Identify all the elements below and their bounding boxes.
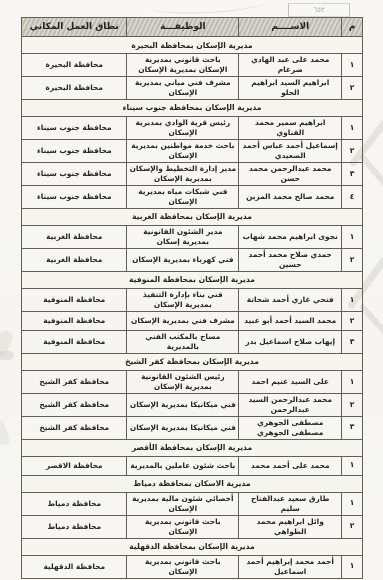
section-row: مديرية الاسكان بمحافظة دمياط (22, 475, 363, 492)
section-title: مديرية الإسكان بمحافظة جنوب سيناء (22, 99, 363, 116)
scope-cell: محافظة دمياط (22, 492, 127, 515)
table-row: ٢ وائل ابراهيم محمد الطواهي باحث قانوني … (22, 515, 363, 538)
name-cell: وائل ابراهيم محمد الطواهي (239, 515, 342, 538)
scope-cell: محافظة جنوب سيناء (22, 162, 127, 185)
name-cell: إيهاب صلاح اسماعيل بدر (239, 330, 342, 353)
serial-cell: ١ (342, 456, 363, 475)
section-title: مديرية الاسكان بمحافظة دمياط (22, 475, 363, 492)
scope-cell: محافظة جنوب سيناء (22, 185, 127, 208)
serial-cell: ١ (342, 116, 363, 139)
table-row: ٢ إسماعيل أحمد عباس أحمد الصعيدي باحث خد… (22, 139, 363, 162)
name-cell: نجوى ابراهيم محمد شهاب (239, 225, 342, 248)
serial-cell: ٣ (342, 330, 363, 353)
serial-cell: ١ (342, 555, 363, 578)
job-cell: مدير الشئون القانونية بمديرية إسكان (127, 225, 239, 248)
name-cell: ابراهيم السيد ابراهيم الحلو (239, 76, 342, 99)
name-cell: محمد على عبد الهادي ضرغام (239, 54, 342, 77)
scope-cell: محافظة الغربية (22, 225, 127, 248)
table-row: ٢ محمد عبدالرحمن السيد عبدالرحمن فني ميك… (22, 393, 363, 416)
scope-cell: محافظة المنوفية (22, 330, 127, 353)
job-cell: رئيس الشئون القانونية بمديرية الإسكان (127, 370, 239, 393)
serial-cell: ٢ (342, 139, 363, 162)
page-number-stamp: ٦٥٣ (288, 3, 350, 17)
scan-artifact-streak (0, 351, 14, 360)
serial-cell: ٣ (342, 162, 363, 185)
serial-cell: ٢ (342, 248, 363, 271)
scope-cell: محافظة الاقصر (22, 456, 127, 475)
section-row: مديرية الإسكان بمحافظة الدقهلية (22, 538, 363, 555)
header-serial: م (342, 18, 363, 37)
job-cell: مدير إدارة التخطيط والإسكان بمديرية الإس… (127, 162, 239, 185)
scan-artifact-streak (0, 419, 11, 447)
section-title: مديرية الإسكان بمحافظة كفر الشيخ (22, 353, 363, 370)
table-body: مديرية الإسكان بمحافظة البحيرة ١ محمد عل… (22, 37, 363, 579)
job-cell: باحث شئون عاملين بالمديرية (127, 456, 239, 475)
serial-cell: ٣ (342, 416, 363, 439)
name-cell: مصطفى الجوهري مصطفى الجوهري (239, 416, 342, 439)
table-row: ٢ محمد السيد أحمد أبو عبيد مشرف فني بمدي… (22, 311, 363, 330)
job-cell: باحث قانوني بمديرية الإسكان بمديرية الإس… (127, 54, 239, 77)
serial-cell: ٢ (342, 311, 363, 330)
name-cell: محمد السيد أحمد أبو عبيد (239, 311, 342, 330)
name-cell: حمدي صلاح محمد أحمد حسين (239, 248, 342, 271)
section-row: مديرية الإسكان بمحافظة الغربية (22, 208, 363, 225)
name-cell: محمد على أحمد محمد (239, 456, 342, 475)
job-cell: فني شبكات مياه بمديرية الإسكان (127, 185, 239, 208)
section-title: مديرية الإسكان بمحافظة المنوفية (22, 271, 363, 288)
name-cell: إسماعيل أحمد عباس أحمد الصعيدي (239, 139, 342, 162)
section-title: مديرية الإسكان بمحافظة الغربية (22, 208, 363, 225)
scope-cell: محافظة كفر الشيخ (22, 416, 127, 439)
job-cell: باحث قانوني بمديرية الإسكان (127, 555, 239, 578)
header-job: الوظيفـــة (127, 18, 239, 37)
scope-cell: محافظة جنوب سيناء (22, 116, 127, 139)
serial-cell: ١ (342, 225, 363, 248)
section-row: مديرية الإسكان بمحافظة جنوب سيناء (22, 99, 363, 116)
scan-artifact-curve (148, 0, 269, 16)
serial-cell: ١ (342, 370, 363, 393)
table-row: ١ نجوى ابراهيم محمد شهاب مدير الشئون الق… (22, 225, 363, 248)
scope-cell: محافظة كفر الشيخ (22, 370, 127, 393)
job-cell: رئيس قرية الوادي بمديرية الإسكان (127, 116, 239, 139)
table-row: ١ طارق سعيد عبدالفتاح سليم أخصائي شئون م… (22, 492, 363, 515)
table-row: ٢ ابراهيم السيد ابراهيم الحلو مشرف فني م… (22, 76, 363, 99)
section-title: مديرية الإسكان بمحافظة الأقصر (22, 439, 363, 456)
section-row: مديرية الإسكان بمحافظة المنوفية (22, 271, 363, 288)
serial-cell: ٤ (342, 185, 363, 208)
section-title: مديرية الإسكان بمحافظة البحيرة (22, 37, 363, 54)
job-cell: باحث خدمة مواطنين بمديرية الإسكان (127, 139, 239, 162)
job-cell: فني ميكانيكا بمديرية الإسكان (127, 393, 239, 416)
job-cell: باحث قانوني بمديرية الإسكان (127, 515, 239, 538)
table-row: ٣ محمد عبدالرحمن محمد حسن مدير إدارة الت… (22, 162, 363, 185)
name-cell: محمد عبدالرحمن محمد حسن (239, 162, 342, 185)
table-row: ١ أحمد محمد إبراهيم أحمد اسماعيل باحث قا… (22, 555, 363, 578)
job-cell: أخصائي شئون مالية بمديرية الإسكان (127, 492, 239, 515)
serial-cell: ١ (342, 288, 363, 311)
name-cell: فتحي غازي أحمد شحاتة (239, 288, 342, 311)
scope-cell: محافظة البحيرة (22, 54, 127, 77)
table-row: ٣ مصطفى الجوهري مصطفى الجوهري فني ميكاني… (22, 416, 363, 439)
header-work-scope: نطاق العمل المكاني (22, 18, 127, 37)
scanned-document-page: ٦٥٣ م الاســــم الوظيفـــة نطاق العمل ال… (0, 0, 383, 580)
serial-cell: ٢ (342, 515, 363, 538)
job-cell: فني كهرباء بمديرية الإسكان (127, 248, 239, 271)
job-cell: مساح بالمكتب الفني بالمديرية (127, 330, 239, 353)
header-name: الاســــم (239, 18, 342, 37)
job-cell: فني ميكانيكا بمديرية الإسكان (127, 416, 239, 439)
scope-cell: محافظة جنوب سيناء (22, 139, 127, 162)
name-cell: ابراهيم سمير محمد القناوي (239, 116, 342, 139)
scope-cell: محافظة المنوفية (22, 311, 127, 330)
scope-cell: محافظة المنوفية (22, 288, 127, 311)
table-row: ١ ابراهيم سمير محمد القناوي رئيس قرية ال… (22, 116, 363, 139)
table-header: م الاســــم الوظيفـــة نطاق العمل المكان… (22, 18, 363, 37)
scope-cell: محافظة دمياط (22, 515, 127, 538)
staff-assignments-table: م الاســــم الوظيفـــة نطاق العمل المكان… (21, 17, 363, 579)
name-cell: محمد صالح محمد المزين (239, 185, 342, 208)
header-row: م الاســــم الوظيفـــة نطاق العمل المكان… (22, 18, 363, 37)
table-row: ١ محمد على أحمد محمد باحث شئون عاملين با… (22, 456, 363, 475)
section-row: مديرية الإسكان بمحافظة البحيرة (22, 37, 363, 54)
table-row: ٢ حمدي صلاح محمد أحمد حسين فني كهرباء بم… (22, 248, 363, 271)
table-row: ٣ إيهاب صلاح اسماعيل بدر مساح بالمكتب ال… (22, 330, 363, 353)
serial-cell: ١ (342, 492, 363, 515)
table-row: ١ فتحي غازي أحمد شحاتة فني بناء بإدارة ا… (22, 288, 363, 311)
table-row: ٤ محمد صالح محمد المزين فني شبكات مياه ب… (22, 185, 363, 208)
job-cell: فني بناء بإدارة التنفيذ بمديرية الإسكان (127, 288, 239, 311)
scope-cell: محافظة كفر الشيخ (22, 393, 127, 416)
job-cell: مشرف فني مباني بمديرية الإسكان (127, 76, 239, 99)
serial-cell: ٢ (342, 393, 363, 416)
name-cell: على السيد غنيم احمد (239, 370, 342, 393)
table-row: ١ محمد على عبد الهادي ضرغام باحث قانوني … (22, 54, 363, 77)
section-title: مديرية الإسكان بمحافظة الدقهلية (22, 538, 363, 555)
section-row: مديرية الإسكان بمحافظة الأقصر (22, 439, 363, 456)
name-cell: محمد عبدالرحمن السيد عبدالرحمن (239, 393, 342, 416)
serial-cell: ١ (342, 54, 363, 77)
name-cell: طارق سعيد عبدالفتاح سليم (239, 492, 342, 515)
serial-cell: ٢ (342, 76, 363, 99)
job-cell: مشرف فني بمديرية الإسكان (127, 311, 239, 330)
name-cell: أحمد محمد إبراهيم أحمد اسماعيل (239, 555, 342, 578)
table-row: ١ على السيد غنيم احمد رئيس الشئون القانو… (22, 370, 363, 393)
scope-cell: محافظة البحيرة (22, 76, 127, 99)
section-row: مديرية الإسكان بمحافظة كفر الشيخ (22, 353, 363, 370)
scope-cell: محافظة الغربية (22, 248, 127, 271)
scope-cell: محافظة الدقهلية (22, 555, 127, 578)
